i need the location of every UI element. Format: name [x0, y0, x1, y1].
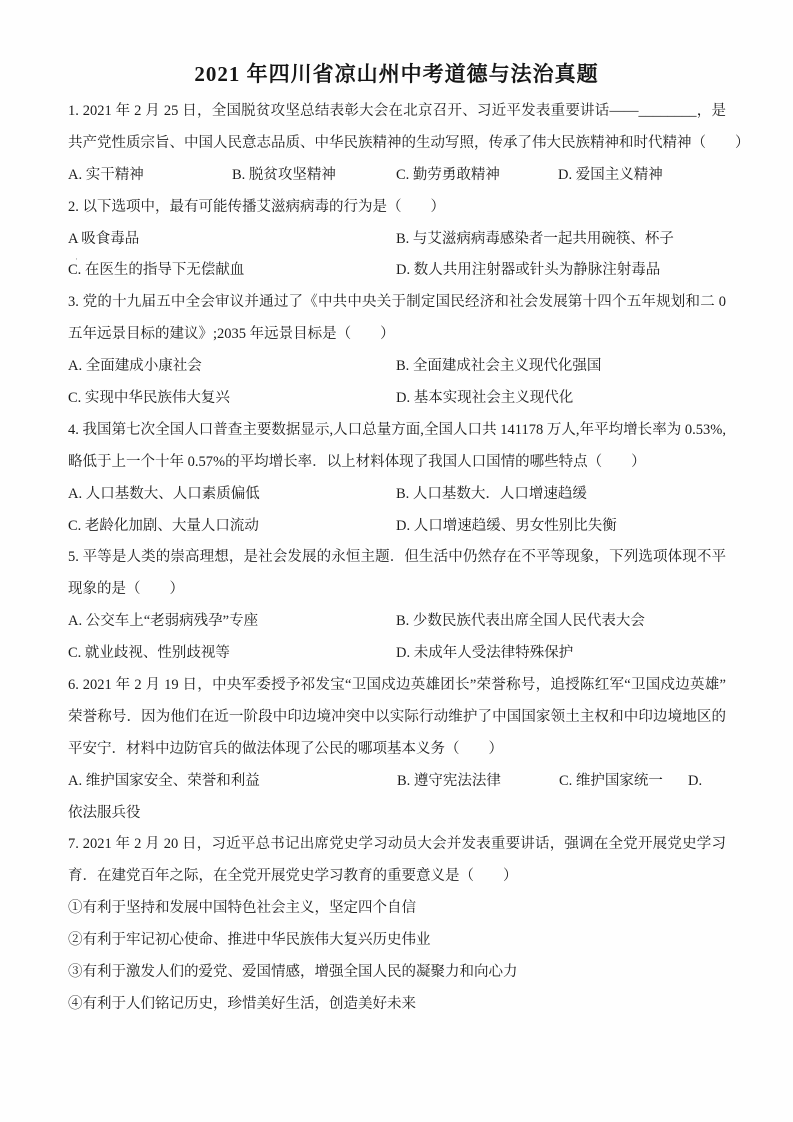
- question-1-option-B: B. 脱贫攻坚精神: [232, 160, 336, 192]
- question-3-text-line: 3. 党的十九届五中全会审议并通过了《中共中央关于制定国民经济和社会发展第十四个…: [68, 287, 726, 319]
- question-6-text-line: 荣誉称号．因为他们在近一阶段中印边境冲突中以实际行动维护了中国国家领土主权和中印…: [68, 702, 726, 734]
- question-2-option-B: B. 与艾滋病病毒感染者一起共用碗筷、杯子: [396, 224, 674, 256]
- question-7-text-line: 7. 2021 年 2 月 20 日，习近平总书记出席党史学习动员大会并发表重要…: [68, 829, 726, 861]
- question-5-text-line: 5. 平等是人类的崇高理想，是社会发展的永恒主题．但生活中仍然存在不平等现象，下…: [68, 542, 726, 574]
- question-7-text-line: ④有利于人们铭记历史，珍惜美好生活，创造美好未来: [68, 989, 726, 1021]
- question-4-text-line: 4. 我国第七次全国人口普查主要数据显示,人口总量方面,全国人口共 141178…: [68, 415, 726, 447]
- question-1-option-A: A. 实干精神: [68, 160, 144, 192]
- question-1-option-D: D. 爱国主义精神: [558, 160, 663, 192]
- exam-document-page: 2021 年四川省凉山州中考道德与法治真题 · 1. 2021 年 2 月 25…: [0, 0, 793, 1122]
- question-6-option-C: C. 维护国家统一: [559, 766, 663, 798]
- question-2-options-row: A 吸食毒品B. 与艾滋病病毒感染者一起共用碗筷、杯子: [68, 224, 726, 256]
- question-3-option-D: D. 基本实现社会主义现代化: [396, 383, 573, 415]
- exam-content: · 1. 2021 年 2 月 25 日，全国脱贫攻坚总结表彰大会在北京召开、习…: [68, 96, 726, 1021]
- question-3-options-row: C. 实现中华民族伟大复兴D. 基本实现社会主义现代化: [68, 383, 726, 415]
- question-5-option-B: B. 少数民族代表出席全国人民代表大会: [396, 606, 645, 638]
- question-3-options-row: A. 全面建成小康社会B. 全面建成社会主义现代化强国: [68, 351, 726, 383]
- question-4-option-C: C. 老龄化加剧、大量人口流动: [68, 511, 259, 543]
- question-5-option-D: D. 未成年人受法律特殊保护: [396, 638, 573, 670]
- question-5-option-C: C. 就业歧视、性别歧视等: [68, 638, 230, 670]
- question-6-option-D: D.: [688, 766, 702, 798]
- question-7-text-line: ①有利于坚持和发展中国特色社会主义，坚定四个自信: [68, 893, 726, 925]
- question-1-text-line: 1. 2021 年 2 月 25 日，全国脱贫攻坚总结表彰大会在北京召开、习近平…: [68, 96, 726, 128]
- question-6-option-B: B. 遵守宪法法律: [397, 766, 501, 798]
- question-7-text-line: 育．在建党百年之际，在全党开展党史学习教育的重要意义是（ ）: [68, 861, 726, 893]
- question-4-option-A: A. 人口基数大、人口素质偏低: [68, 479, 260, 511]
- question-2-text-line: 2. 以下选项中，最有可能传播艾滋病病毒的行为是（ ）: [68, 192, 726, 224]
- question-6-text-line: 平安宁．材料中边防官兵的做法体现了公民的哪项基本义务（ ）: [68, 734, 726, 766]
- question-2-option-C: C. 在医生的指导下无偿献血: [68, 255, 244, 287]
- question-2-option-A: A 吸食毒品: [68, 224, 139, 256]
- question-4-option-D: D. 人口增速趋缓、男女性别比失衡: [396, 511, 617, 543]
- question-2-option-D: D. 数人共用注射器或针头为静脉注射毒品: [396, 255, 660, 287]
- question-5-text-line: 现象的是（ ）: [68, 574, 726, 606]
- question-6-text-line: 依法服兵役: [68, 798, 726, 830]
- question-7-text-line: ②有利于牢记初心使命、推进中华民族伟大复兴历史伟业: [68, 925, 726, 957]
- question-2-options-row: C. 在医生的指导下无偿献血D. 数人共用注射器或针头为静脉注射毒品: [68, 255, 726, 287]
- question-5-option-A: A. 公交车上“老弱病残孕”专座: [68, 606, 258, 638]
- question-4-option-B: B. 人口基数大．人口增速趋缓: [396, 479, 587, 511]
- question-3-option-A: A. 全面建成小康社会: [68, 351, 202, 383]
- question-6-option-A: A. 维护国家安全、荣誉和利益: [68, 766, 260, 798]
- question-3-text-line: 五年远景目标的建议》;2035 年远景目标是（ ）: [68, 319, 726, 351]
- question-1-option-C: C. 勤劳勇敢精神: [396, 160, 500, 192]
- question-5-options-row: A. 公交车上“老弱病残孕”专座B. 少数民族代表出席全国人民代表大会: [68, 606, 726, 638]
- page-title: 2021 年四川省凉山州中考道德与法治真题: [0, 56, 793, 92]
- question-3-option-C: C. 实现中华民族伟大复兴: [68, 383, 230, 415]
- question-1-options-row: A. 实干精神B. 脱贫攻坚精神C. 勤劳勇敢精神D. 爱国主义精神: [68, 160, 726, 192]
- question-6-text-line: 6. 2021 年 2 月 19 日，中央军委授予祁发宝“卫国戍边英雄团长”荣誉…: [68, 670, 726, 702]
- question-4-text-line: 略低于上一个十年 0.57%的平均增长率．以上材料体现了我国人口国情的哪些特点（…: [68, 447, 726, 479]
- question-5-options-row: C. 就业歧视、性别歧视等D. 未成年人受法律特殊保护: [68, 638, 726, 670]
- question-3-option-B: B. 全面建成社会主义现代化强国: [396, 351, 601, 383]
- question-4-options-row: C. 老龄化加剧、大量人口流动D. 人口增速趋缓、男女性别比失衡: [68, 511, 726, 543]
- question-1-text-line: 共产党性质宗旨、中国人民意志品质、中华民族精神的生动写照，传承了伟大民族精神和时…: [68, 128, 726, 160]
- question-4-options-row: A. 人口基数大、人口素质偏低B. 人口基数大．人口增速趋缓: [68, 479, 726, 511]
- question-7-text-line: ③有利于激发人们的爱党、爱国情感，增强全国人民的凝聚力和向心力: [68, 957, 726, 989]
- question-6-options-row: A. 维护国家安全、荣誉和利益B. 遵守宪法法律C. 维护国家统一D.: [68, 766, 726, 798]
